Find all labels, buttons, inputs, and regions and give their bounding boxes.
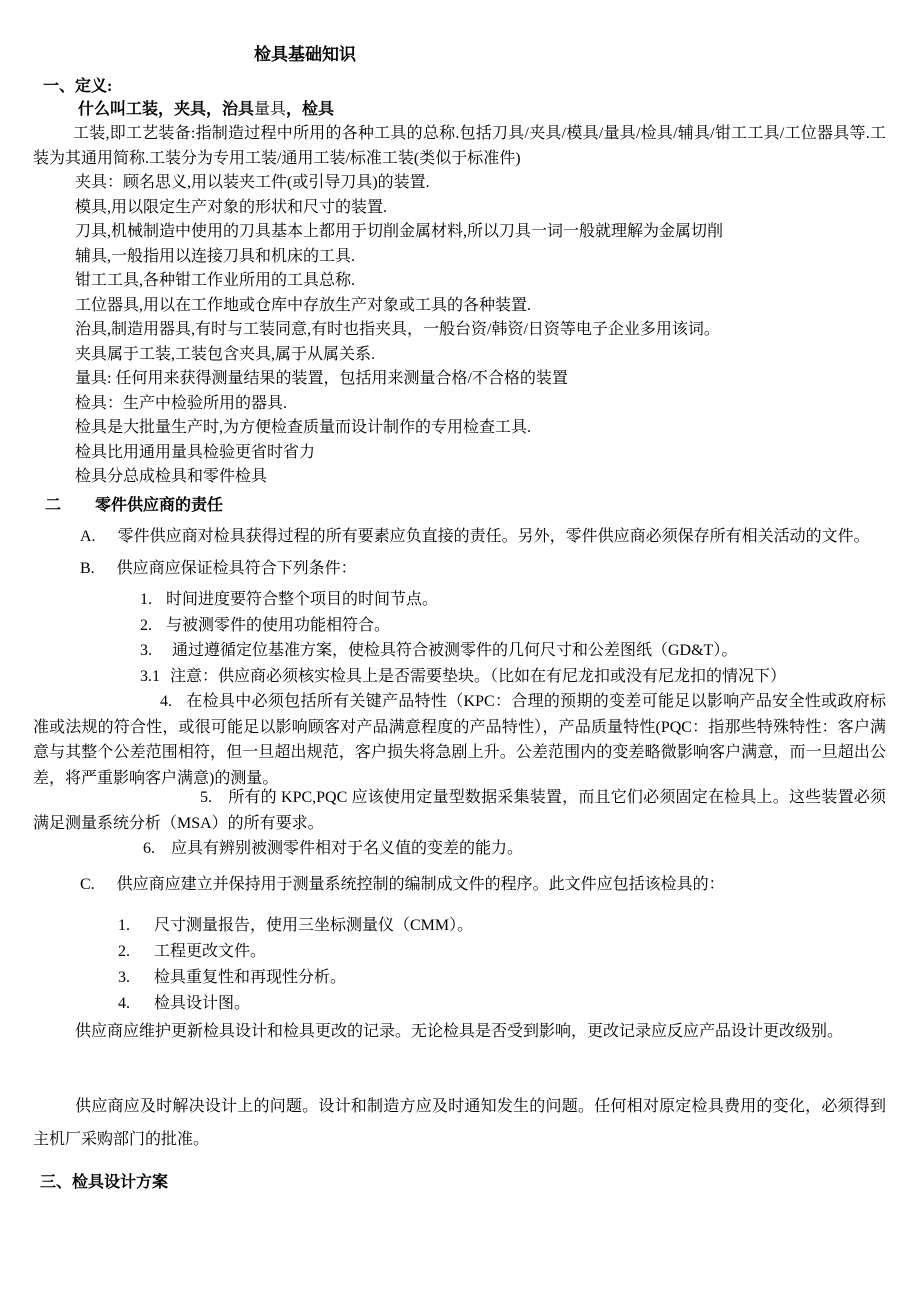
text-run: 夹具属于工装,工装包含夹具,属于从属关系. — [75, 346, 375, 363]
para-jianju-types: 检具分总成检具和零件检具 — [33, 465, 886, 490]
text-run: 量具 — [254, 101, 286, 118]
text-run: 工装,即工艺装备:指制造过程中所用的各种工具的总称.包括刀具/夹具/模具/量具/… — [33, 125, 886, 167]
text-run: B. — [80, 560, 95, 577]
text-run: 供应商应建立并保持用于测量系统控制的编制成文件的程序。此文件应包括该检具的： — [117, 876, 725, 893]
text-run: 二 — [45, 497, 61, 514]
text-run: 一、定义: — [43, 78, 112, 95]
para-qiangong: 钳工工具,各种钳工作业所用的工具总称. — [33, 269, 886, 294]
para-gongzhuang: 工装,即工艺装备:指制造过程中所用的各种工具的总称.包括刀具/夹具/模具/量具/… — [33, 122, 886, 171]
text-run: 应具有辨别被测零件相对于名义值的变差的能力。 — [171, 840, 523, 857]
item-B1: 1.时间进度要符合整个项目的时间节点。 — [33, 587, 886, 613]
para-zhiju: 治具,制造用器具,有时与工装同意,有时也指夹具，一般台资/韩资/日资等电子企业多… — [33, 318, 886, 343]
item-C1: 1.尺寸测量报告，使用三坐标测量仪（CMM）。 — [33, 913, 886, 939]
text-run: 工位器具,用以在工作地或仓库中存放生产对象或工具的各种装置. — [75, 297, 531, 314]
text-run: 检具基础知识 — [254, 45, 356, 64]
item-A: A.零件供应商对检具获得过程的所有要素应负直接的责任。另外，零件供应商必须保存所… — [33, 518, 886, 556]
document-page: 检具基础知识一、定义:什么叫工装，夹具，治具量具，检具工装,即工艺装备:指制造过… — [0, 0, 920, 1302]
item-B5: 5.所有的 KPC,PQC 应该使用定量型数据采集装置，而且它们必须固定在检具上… — [33, 785, 886, 836]
section-1-heading: 一、定义: — [33, 75, 886, 98]
text-run: 尺寸测量报告，使用三坐标测量仪（CMM）。 — [154, 917, 473, 934]
text-run: 2. — [118, 943, 130, 960]
item-B2: 2.与被测零件的使用功能相符合。 — [33, 613, 886, 639]
para-fuju: 辅具,一般指用以连接刀具和机床的工具. — [33, 245, 886, 270]
item-B3: 3.通过遵循定位基准方案，使检具符合被测零件的几何尺寸和公差图纸（GD&T）。 — [33, 638, 886, 664]
para-jianju-def: 检具：生产中检验所用的器具. — [33, 392, 886, 417]
text-run: 模具,用以限定生产对象的形状和尺寸的装置. — [75, 199, 387, 216]
text-run: 3. — [118, 969, 130, 986]
text-run: A. — [80, 528, 96, 545]
para-muju: 模具,用以限定生产对象的形状和尺寸的装置. — [33, 196, 886, 221]
text-run: 检具分总成检具和零件检具 — [75, 468, 267, 485]
text-run: 工程更改文件。 — [154, 943, 266, 960]
text-run: 5. — [200, 789, 212, 806]
text-run: 检具重复性和再现性分析。 — [154, 969, 346, 986]
item-B3-1: 3.1注意：供应商必须核实检具上是否需要垫块。（比如在有尼龙扣或没有尼龙扣的情况… — [33, 664, 886, 690]
para-resolve-issues: 供应商应及时解决设计上的问题。设计和制造方应及时通知发生的问题。任何相对原定检具… — [33, 1090, 886, 1156]
text-run: 与被测零件的使用功能相符合。 — [166, 617, 390, 634]
item-B4: 4.在检具中必须包括所有关键产品特性（KPC：合理的预期的变差可能足以影响产品安… — [33, 689, 886, 791]
text-run: 刀具,机械制造中使用的刀具基本上都用于切削金属材料,所以刀具一词一般就理解为金属… — [75, 223, 723, 240]
text-run: 辅具,一般指用以连接刀具和机床的工具. — [75, 248, 355, 265]
text-run: ，检具 — [286, 101, 334, 118]
para-congshu: 夹具属于工装,工装包含夹具,属于从属关系. — [33, 343, 886, 368]
text-run: 1. — [118, 917, 130, 934]
para-jianju-save: 检具比用通用量具检验更省时省力 — [33, 441, 886, 466]
para-jianju-use: 检具是大批量生产时,为方便检查质量而设计制作的专用检查工具. — [33, 416, 886, 441]
text-run: 供应商应维护更新检具设计和检具更改的记录。无论检具是否受到影响，更改记录应反应产… — [75, 1023, 843, 1040]
para-gongwei: 工位器具,用以在工作地或仓库中存放生产对象或工具的各种装置. — [33, 294, 886, 319]
text-run: C. — [80, 876, 95, 893]
text-run: 检具：生产中检验所用的器具. — [75, 395, 287, 412]
text-run: 供应商应保证检具符合下列条件： — [117, 560, 357, 577]
para-maintain-records: 供应商应维护更新检具设计和检具更改的记录。无论检具是否受到影响，更改记录应反应产… — [33, 1019, 886, 1045]
text-run: 零件供应商的责任 — [95, 497, 223, 514]
text-run: 1. — [140, 591, 152, 608]
item-B: B.供应商应保证检具符合下列条件： — [33, 556, 886, 582]
text-run: 治具,制造用器具,有时与工装同意,有时也指夹具，一般台资/韩资/日资等电子企业多… — [75, 321, 720, 338]
text-run: 三、检具设计方案 — [40, 1174, 168, 1191]
text-run: 什么叫工装，夹具，治具 — [78, 101, 254, 118]
item-C4: 4.检具设计图。 — [33, 991, 886, 1017]
doc-title: 检具基础知识 — [33, 44, 886, 66]
text-run: 3.1 — [140, 668, 160, 685]
item-B6: 6.应具有辨别被测零件相对于名义值的变差的能力。 — [33, 836, 886, 862]
text-run: 3. — [140, 642, 152, 659]
text-run: 量具: 任何用来获得测量结果的装置，包括用来测量合格/不合格的装置 — [75, 370, 568, 387]
text-run: 2. — [140, 617, 152, 634]
text-run: 零件供应商对检具获得过程的所有要素应负直接的责任。另外，零件供应商必须保存所有相… — [118, 528, 870, 545]
section-2-heading: 二零件供应商的责任 — [33, 493, 886, 518]
text-run: 所有的 KPC,PQC 应该使用定量型数据采集装置，而且它们必须固定在检具上。这… — [33, 789, 886, 832]
section-1-subheading: 什么叫工装，夹具，治具量具，检具 — [33, 98, 886, 121]
text-run: 夹具：顾名思义,用以装夹工件(或引导刀具)的装置. — [75, 174, 430, 191]
para-liangju: 量具: 任何用来获得测量结果的装置，包括用来测量合格/不合格的装置 — [33, 367, 886, 392]
text-run: 4. — [160, 693, 172, 710]
text-run: 供应商应及时解决设计上的问题。设计和制造方应及时通知发生的问题。任何相对原定检具… — [33, 1098, 886, 1148]
item-C2: 2.工程更改文件。 — [33, 939, 886, 965]
text-run: 检具比用通用量具检验更省时省力 — [75, 444, 315, 461]
para-jiaju: 夹具：顾名思义,用以装夹工件(或引导刀具)的装置. — [33, 171, 886, 196]
text-run: 6. — [143, 840, 155, 857]
text-run: 时间进度要符合整个项目的时间节点。 — [166, 591, 438, 608]
text-run: 注意：供应商必须核实检具上是否需要垫块。（比如在有尼龙扣或没有尼龙扣的情况下） — [170, 668, 786, 685]
text-run: 检具是大批量生产时,为方便检查质量而设计制作的专用检查工具. — [75, 419, 531, 436]
section-3-heading: 三、检具设计方案 — [33, 1170, 886, 1195]
text-run: 检具设计图。 — [154, 995, 250, 1012]
text-run: 通过遵循定位基准方案，使检具符合被测零件的几何尺寸和公差图纸（GD&T）。 — [172, 642, 737, 659]
text-run: 4. — [118, 995, 130, 1012]
para-daoju: 刀具,机械制造中使用的刀具基本上都用于切削金属材料,所以刀具一词一般就理解为金属… — [33, 220, 886, 245]
item-C3: 3.检具重复性和再现性分析。 — [33, 965, 886, 991]
text-run: 钳工工具,各种钳工作业所用的工具总称. — [75, 272, 355, 289]
item-C: C.供应商应建立并保持用于测量系统控制的编制成文件的程序。此文件应包括该检具的： — [33, 872, 886, 898]
